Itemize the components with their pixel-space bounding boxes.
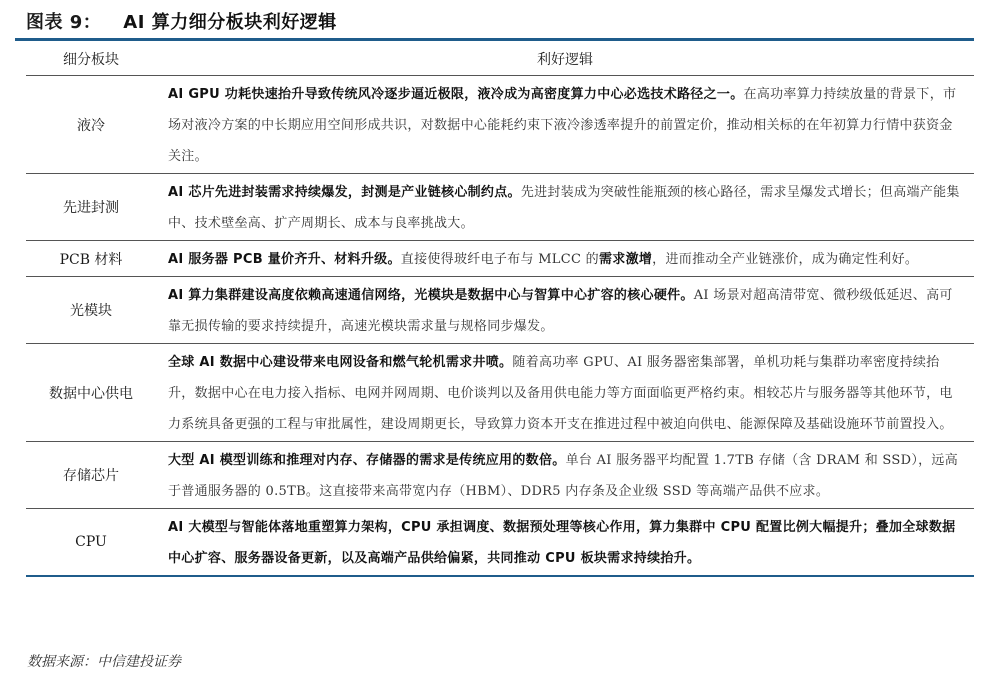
sector-logic: AI 服务器 PCB 量价齐升、材料升级。直接使得玻纤电子布与 MLCC 的需求…: [156, 241, 974, 277]
logic-highlight: 大型 AI 模型训练和推理对内存、存储器的需求是传统应用的数倍。: [168, 453, 566, 468]
table-row: 光模块 AI 算力集群建设高度依赖高速通信网络，光模块是数据中心与智算中心扩容的…: [26, 277, 974, 344]
sector-logic: AI 算力集群建设高度依赖高速通信网络，光模块是数据中心与智算中心扩容的核心硬件…: [156, 277, 974, 344]
header-logic: 利好逻辑: [156, 42, 974, 76]
sector-name: 存储芯片: [26, 442, 156, 509]
table-row: 液冷 AI GPU 功耗快速抬升导致传统风冷逐步逼近极限，液冷成为高密度算力中心…: [26, 76, 974, 174]
sector-logic: 全球 AI 数据中心建设带来电网设备和燃气轮机需求井喷。随着高功率 GPU、AI…: [156, 344, 974, 442]
logic-detail: 直接使得玻纤电子布与 MLCC 的: [401, 252, 599, 267]
sector-name: 液冷: [26, 76, 156, 174]
sector-name: 数据中心供电: [26, 344, 156, 442]
logic-highlight: AI GPU 功耗快速抬升导致传统风冷逐步逼近极限，液冷成为高密度算力中心必选技…: [168, 87, 744, 102]
table-row: CPU AI 大模型与智能体落地重塑算力架构，CPU 承担调度、数据预处理等核心…: [26, 509, 974, 577]
figure-title: 图表 9：AI 算力细分板块利好逻辑: [26, 8, 337, 34]
logic-highlight: AI 大模型与智能体落地重塑算力架构，CPU 承担调度、数据预处理等核心作用，算…: [168, 520, 955, 566]
table-row: 数据中心供电 全球 AI 数据中心建设带来电网设备和燃气轮机需求井喷。随着高功率…: [26, 344, 974, 442]
logic-highlight: AI 芯片先进封装需求持续爆发，封测是产业链核心制约点。: [168, 185, 521, 200]
figure-title-text: AI 算力细分板块利好逻辑: [123, 12, 336, 33]
sector-name: CPU: [26, 509, 156, 577]
logic-highlight: AI 算力集群建设高度依赖高速通信网络，光模块是数据中心与智算中心扩容的核心硬件…: [168, 288, 694, 303]
figure-label: 图表 9：: [26, 12, 101, 33]
header-sector: 细分板块: [26, 42, 156, 76]
sector-logic: AI GPU 功耗快速抬升导致传统风冷逐步逼近极限，液冷成为高密度算力中心必选技…: [156, 76, 974, 174]
table-header-row: 细分板块 利好逻辑: [26, 42, 974, 76]
data-source-note: 数据来源：中信建投证券: [27, 651, 181, 671]
sector-logic: 大型 AI 模型训练和推理对内存、存储器的需求是传统应用的数倍。单台 AI 服务…: [156, 442, 974, 509]
table-row: PCB 材料 AI 服务器 PCB 量价齐升、材料升级。直接使得玻纤电子布与 M…: [26, 241, 974, 277]
sector-logic: AI 芯片先进封装需求持续爆发，封测是产业链核心制约点。先进封装成为突破性能瓶颈…: [156, 174, 974, 241]
sector-name: PCB 材料: [26, 241, 156, 277]
sector-logic: AI 大模型与智能体落地重塑算力架构，CPU 承担调度、数据预处理等核心作用，算…: [156, 509, 974, 577]
sector-logic-table: 细分板块 利好逻辑 液冷 AI GPU 功耗快速抬升导致传统风冷逐步逼近极限，液…: [26, 42, 974, 577]
top-divider: [15, 38, 974, 41]
logic-highlight: AI 服务器 PCB 量价齐升、材料升级。: [168, 252, 401, 267]
sector-name: 光模块: [26, 277, 156, 344]
logic-highlight-2: 需求激增: [599, 252, 652, 267]
table-row: 先进封测 AI 芯片先进封装需求持续爆发，封测是产业链核心制约点。先进封装成为突…: [26, 174, 974, 241]
logic-detail-2: ，进而推动全产业链涨价，成为确定性利好。: [652, 252, 918, 267]
sector-name: 先进封测: [26, 174, 156, 241]
logic-highlight: 全球 AI 数据中心建设带来电网设备和燃气轮机需求井喷。: [168, 355, 512, 370]
table-row: 存储芯片 大型 AI 模型训练和推理对内存、存储器的需求是传统应用的数倍。单台 …: [26, 442, 974, 509]
